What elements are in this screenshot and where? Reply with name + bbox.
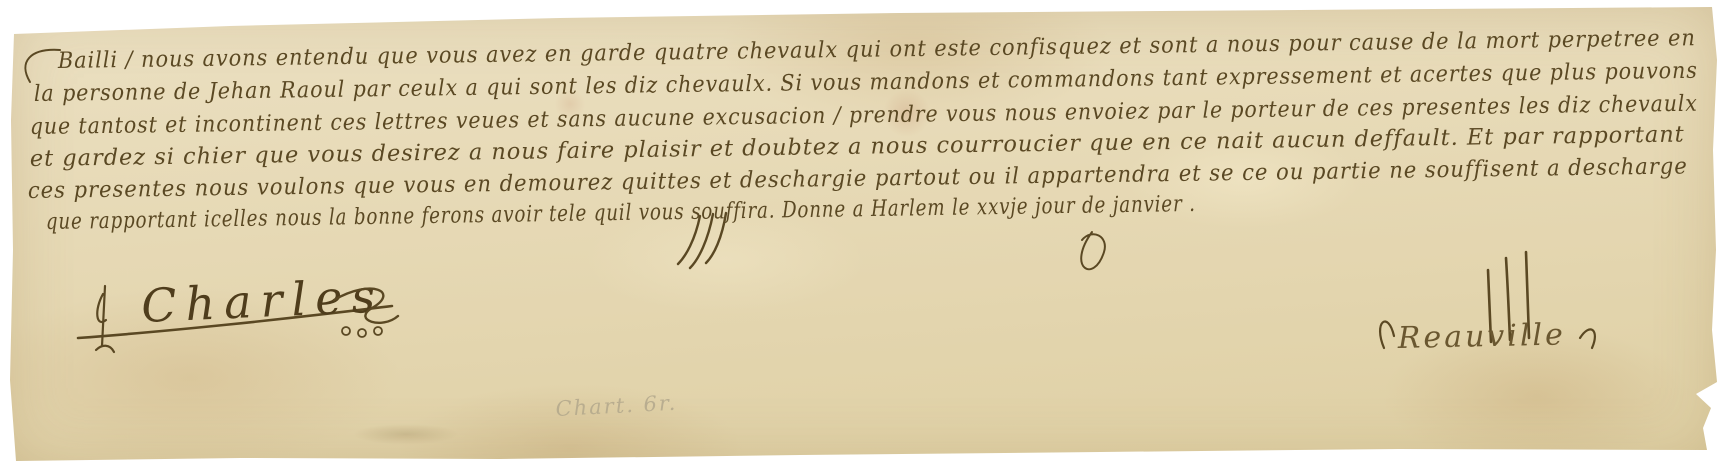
countersignature-lead-loop xyxy=(1380,321,1394,348)
signature-knot-dot xyxy=(342,327,350,335)
pen-flourish-date-paraph xyxy=(1081,232,1105,269)
countersignature-tail-hook xyxy=(1580,329,1595,348)
pencil-annotation: Chart. 6r. xyxy=(555,391,678,421)
pen-flourish-opening xyxy=(25,50,60,82)
signature-knot-dot xyxy=(374,327,382,335)
signature-charles: Charles xyxy=(140,268,385,333)
signature-knot-dot xyxy=(358,329,366,337)
signature-initial-mark xyxy=(96,286,114,352)
handwriting-layer: Bailli / nous avons entendu que vous ave… xyxy=(0,0,1727,472)
manuscript-scan: Bailli / nous avons entendu que vous ave… xyxy=(0,0,1727,472)
signature-reauville: Reauville xyxy=(1396,317,1566,356)
